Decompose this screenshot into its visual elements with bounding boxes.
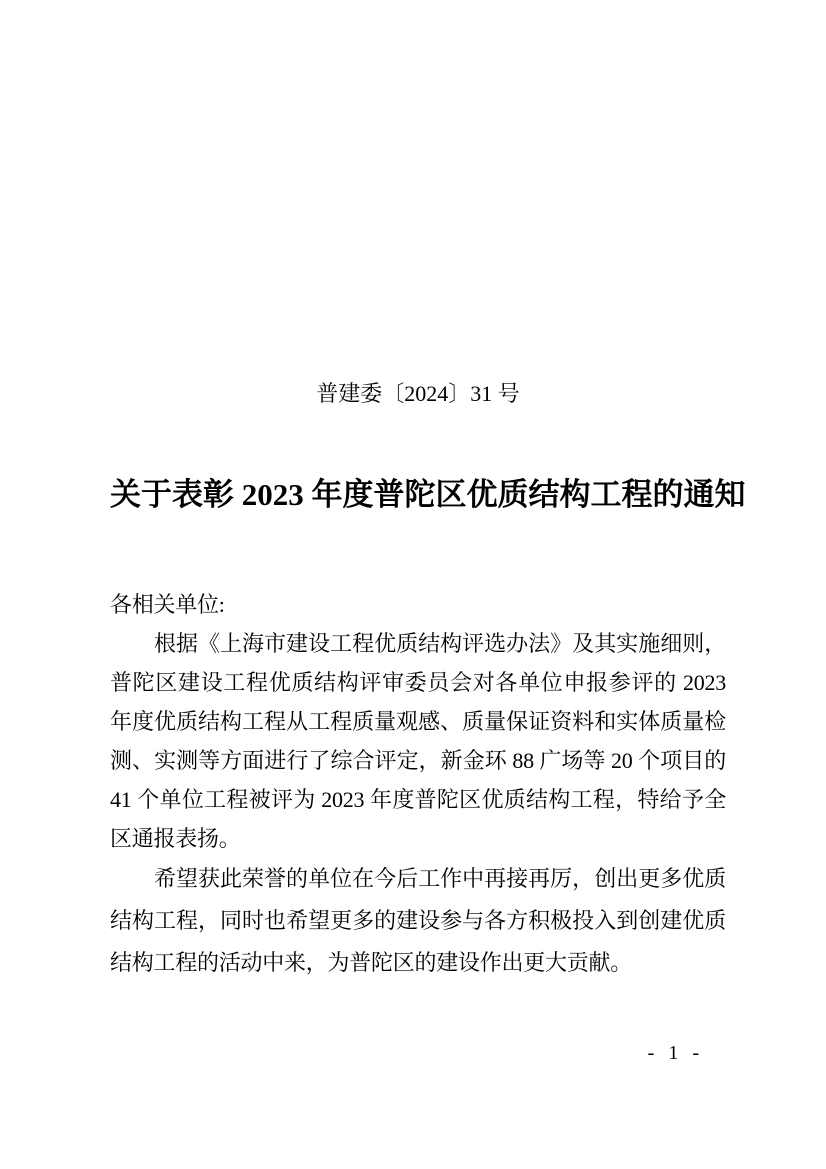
body-line: 结构工程的活动中来，为普陀区的建设作出更大贡献。 bbox=[110, 942, 726, 984]
body-line: 测、实测等方面进行了综合评定，新金环 88 广场等 20 个项目的 bbox=[110, 741, 726, 780]
doc-number: 普建委〔2024〕31 号 bbox=[110, 374, 726, 414]
body-line: 普陀区建设工程优质结构评审委员会对各单位申报参评的 2023 bbox=[110, 663, 726, 702]
page-number: - 1 - bbox=[110, 1042, 726, 1064]
document-title: 关于表彰 2023 年度普陀区优质结构工程的通知 bbox=[110, 473, 726, 517]
body-line: 年度优质结构工程从工程质量观感、质量保证资料和实体质量检 bbox=[110, 702, 726, 741]
document-body: 各相关单位: 根据《上海市建设工程优质结构评选办法》及其实施细则， 普陀区建设工… bbox=[110, 585, 726, 984]
document-page: 普建委〔2024〕31 号 关于表彰 2023 年度普陀区优质结构工程的通知 各… bbox=[0, 0, 826, 1169]
body-line: 根据《上海市建设工程优质结构评选办法》及其实施细则， bbox=[110, 624, 726, 663]
salutation: 各相关单位: bbox=[110, 585, 726, 624]
body-line: 41 个单位工程被评为 2023 年度普陀区优质结构工程，特给予全 bbox=[110, 780, 726, 819]
body-line: 结构工程，同时也希望更多的建设参与各方积极投入到创建优质 bbox=[110, 900, 726, 942]
body-line: 希望获此荣誉的单位在今后工作中再接再厉，创出更多优质 bbox=[110, 858, 726, 900]
text-block: 普建委〔2024〕31 号 关于表彰 2023 年度普陀区优质结构工程的通知 各… bbox=[110, 374, 726, 1064]
body-line: 区通报表扬。 bbox=[110, 819, 726, 858]
